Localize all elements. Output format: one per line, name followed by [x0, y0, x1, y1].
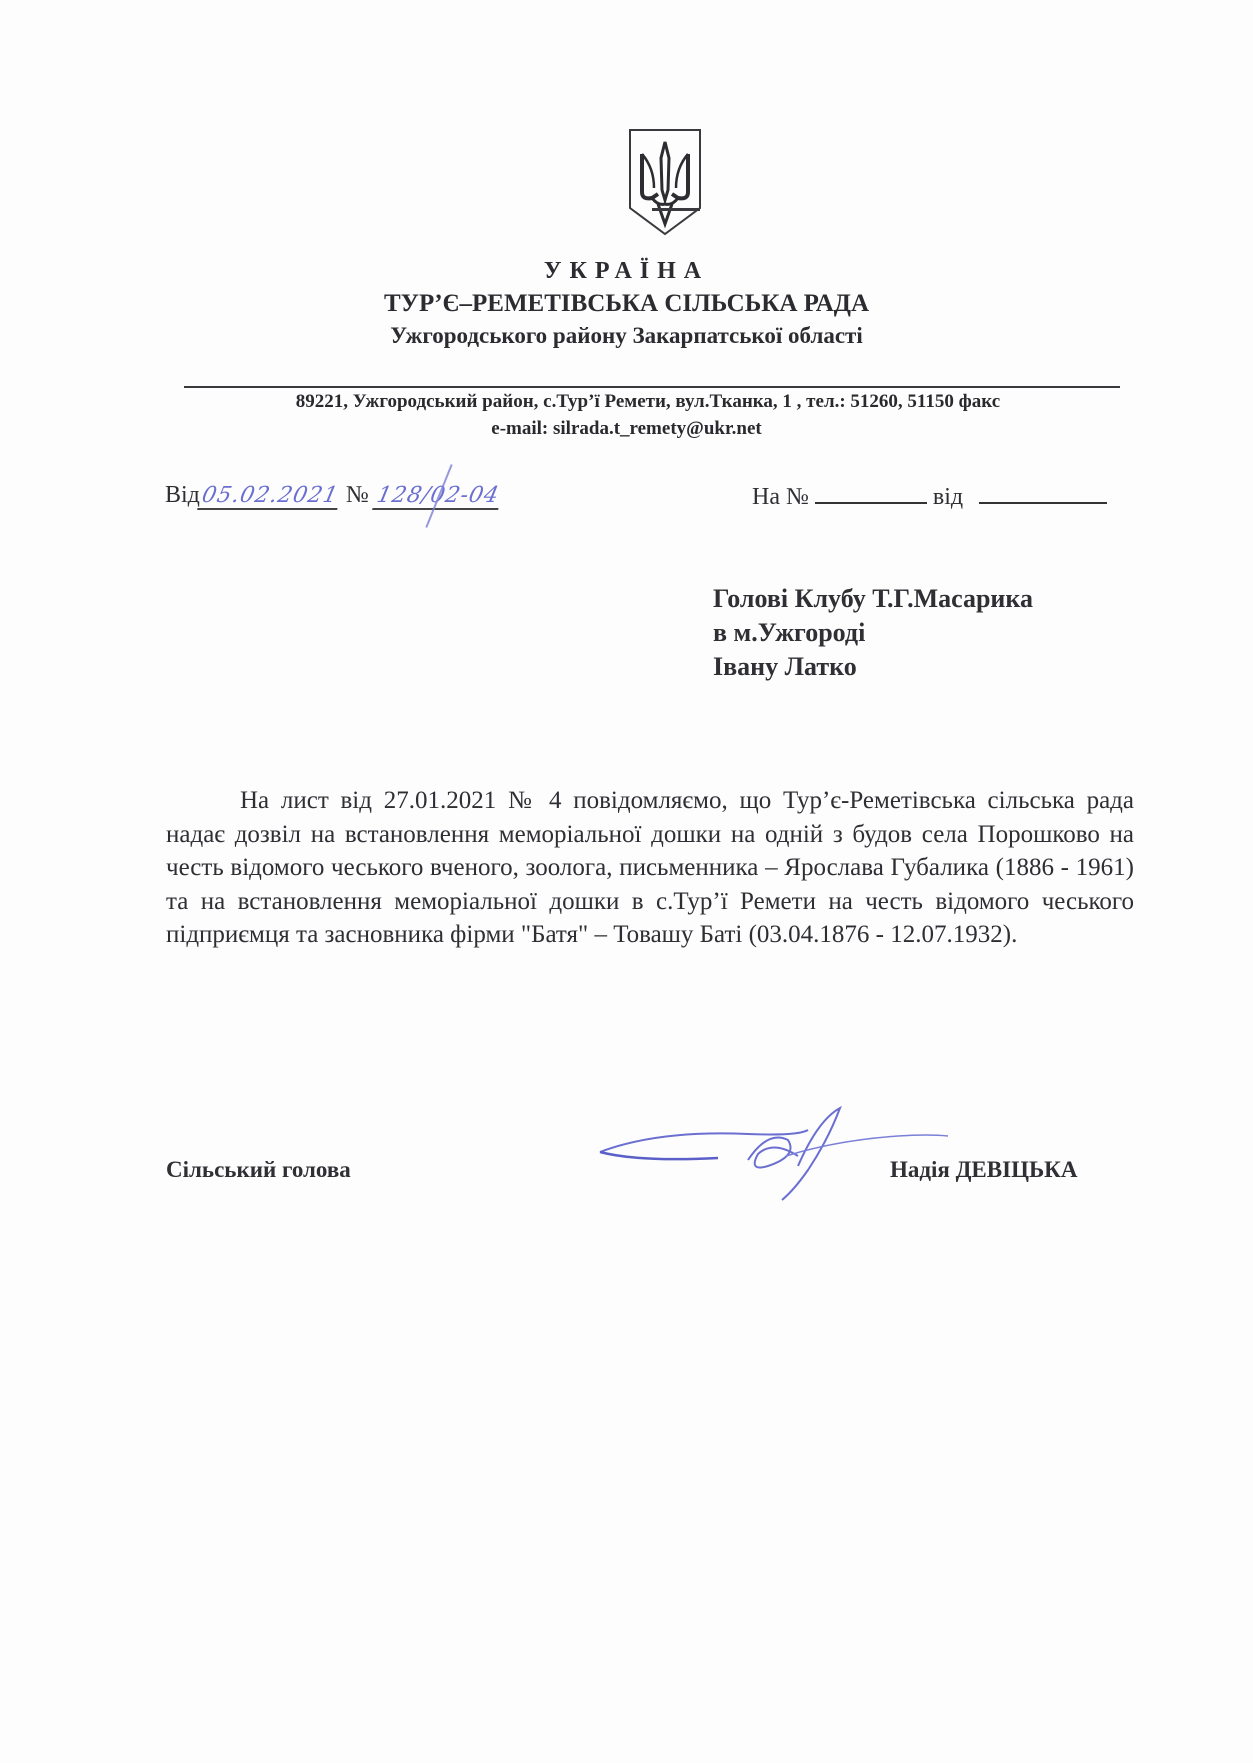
addressee-line-2: в м.Ужгороді: [713, 616, 1033, 650]
signatory-name: Надія ДЕВІЦЬКА: [890, 1157, 1077, 1183]
district-name: Ужгородського району Закарпатської облас…: [0, 323, 1253, 349]
reply-date-blank: [979, 482, 1107, 504]
country-heading: УКРАЇНА: [0, 258, 1253, 285]
council-name: ТУР’Є–РЕМЕТІВСЬКА СІЛЬСЬКА РАДА: [0, 290, 1253, 318]
council-email: e-mail: silrada.t_remety@ukr.net: [0, 418, 1253, 440]
from-label: Від: [165, 482, 200, 508]
addressee-line-1: Голові Клубу Т.Г.Масарика: [713, 582, 1033, 616]
addressee-block: Голові Клубу Т.Г.Масарика в м.Ужгороді І…: [713, 582, 1033, 684]
letterhead-divider: [184, 386, 1120, 388]
handwritten-signature-icon: [598, 1100, 958, 1210]
signatory-title: Сільський голова: [166, 1157, 351, 1183]
addressee-line-3: Івану Латко: [713, 650, 1033, 684]
body-paragraph: На лист від 27.01.2021 № 4 повідомляємо,…: [166, 784, 1134, 952]
incoming-reference: На № від: [752, 482, 1107, 511]
number-label: №: [346, 482, 369, 508]
letter-body: На лист від 27.01.2021 № 4 повідомляємо,…: [166, 784, 1134, 952]
ukraine-trident-icon: [628, 128, 702, 236]
letter-page: УКРАЇНА ТУР’Є–РЕМЕТІВСЬКА СІЛЬСЬКА РАДА …: [0, 0, 1253, 1763]
handwritten-date: 05.02.2021: [197, 483, 343, 510]
reply-date-label: від: [933, 484, 963, 510]
reply-number-blank: [815, 482, 927, 504]
outgoing-reference: Від05.02.2021 № 128/02-04: [165, 482, 501, 510]
council-address: 89221, Ужгородський район, с.Тур’ї Ремет…: [168, 391, 1128, 413]
reply-number-label: На №: [752, 484, 809, 510]
